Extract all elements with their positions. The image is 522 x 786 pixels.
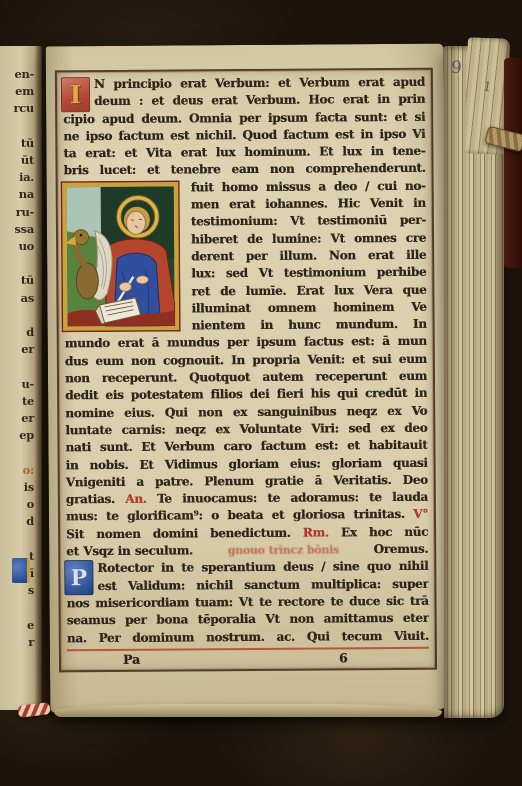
rubric: Rm. [303, 525, 329, 539]
facing-page-text-fragment [0, 358, 34, 375]
text-segment: fuit homo missus a deo / cui no- [191, 179, 426, 195]
facing-page-text-fragment [0, 255, 34, 272]
text-line: men erat iohannes. Hic Venit in [191, 195, 426, 214]
text-segment: mus: te glorificam⁹: o beata et gloriosa… [66, 507, 413, 523]
offset-rubric-ghost: gnouo trīncz bōnis [228, 541, 339, 559]
facing-page-text-fragment: tū [0, 135, 34, 152]
text-line: illuminat omnem hominem Ve [191, 299, 426, 318]
text-line: mundo erat ā mundus per ipsum factus est… [65, 333, 427, 353]
text-segment: luntate carnis: neqz ex Voluntate Viri: … [65, 421, 427, 438]
text-segment: nientem in hunc mundum. In [192, 317, 427, 333]
facing-page-text-fragment: ūt [0, 152, 34, 169]
facing-page-text-fragment: uo [0, 238, 34, 255]
text-line: nati sunt. Et Verbum caro factum est: et… [65, 437, 427, 457]
text-line: hiberet de lumine: Vt omnes cre [191, 229, 426, 248]
text-segment: Rotector in te sperantium deus / sine qu… [97, 559, 428, 575]
writing-hand [119, 282, 131, 291]
facing-page-text-fragment [0, 307, 34, 324]
text-line: mus: te glorificam⁹: o beata et gloriosa… [66, 506, 428, 526]
text-line: lux: sed Vt testimonium perhibe [191, 264, 426, 283]
text-segment: bris lucet: et tenebre eam non comprehen… [63, 161, 425, 178]
text-lines: I P [63, 74, 429, 648]
text-segment: mundo erat ā mundus per ipsum factus est… [65, 334, 427, 351]
text-line: nientem in hunc mundum. In [192, 316, 427, 335]
manuscript-photo: en-emrcu tūūtia.naru-ssauo tūas der u-te… [0, 0, 522, 786]
text-segment: gratias. [66, 492, 125, 506]
text-segment: Oremus. [373, 541, 428, 559]
text-segment: na. Per dominum nostrum. ac. Qui tecum V… [67, 628, 429, 645]
cover-edge [504, 58, 522, 268]
facing-page-text-fragment [0, 118, 34, 135]
facing-page-text-fragment: tū [0, 272, 34, 289]
text-line: est Validum: nichil sanctum multiplica: … [97, 575, 428, 595]
facing-page-text-fragment: is [0, 479, 34, 496]
text-line: ret de lumīe. Erat lux Vera que [191, 281, 426, 300]
facing-page-text-fragment: ru- [0, 204, 34, 221]
text-line: deum : et deus erat Verbum. Hoc erat in … [94, 91, 425, 111]
facing-page-text-fragment: er [0, 341, 34, 358]
facing-page-text-fragment: er [0, 410, 34, 427]
text-segment: nos misericordiam tuam: Vt te rectore te… [67, 594, 429, 611]
text-segment: lux: sed Vt testimonium perhibe [191, 265, 426, 281]
text-segment: dedit eis potestatem filios dei fieri hi… [65, 386, 427, 403]
text-segment: non receperunt. Quotquot autem receperun… [65, 369, 427, 386]
text-segment: est Validum: nichil sanctum multiplica: … [97, 576, 428, 592]
text-segment: ne ipso factum est nichil. Quod factum e… [63, 127, 425, 144]
footer-leaf-number: 6 [339, 650, 348, 665]
facing-page-text-fragment: rcu [0, 100, 34, 117]
text-line: dedit eis potestatem filios dei fieri hi… [65, 385, 427, 405]
pointing-hand [136, 275, 148, 283]
drop-cap-blue: P [64, 560, 93, 595]
footer-row: Pa 6 [67, 647, 429, 669]
rubric: An. [125, 492, 146, 506]
text-segment: Sit nomen domini benedictum. [66, 525, 303, 541]
facing-page-text-fragment [0, 599, 34, 616]
text-segment: deum : et deus erat Verbum. Hoc erat in … [94, 92, 425, 108]
text-segment: cipio apud deum. Omnia per ipsum facta s… [63, 109, 425, 126]
text-segment: Te inuocamus: te adoramus: te lauda [147, 490, 428, 506]
text-line: bris lucet: et tenebre eam non comprehen… [63, 160, 425, 180]
facing-page-text-fragment: d [0, 324, 34, 341]
text-segment: illuminat omnem hominem Ve [191, 300, 426, 316]
text-segment: Ex hoc nūc [329, 524, 428, 539]
facing-page-text-fragment: o: [0, 462, 34, 479]
footer-signature: Pa [123, 652, 140, 667]
text-segment: ta erat: et Vita erat lux hominum. Et lu… [63, 144, 425, 161]
facing-page-blue-initial [12, 558, 30, 583]
facing-page-text-fragment [0, 530, 34, 547]
text-line: na. Per dominum nostrum. ac. Qui tecum V… [67, 627, 429, 647]
facing-page-text-fragment [0, 444, 34, 461]
text-frame: I P [55, 68, 437, 673]
page-bottom-edge [54, 704, 442, 717]
text-segment: N principio erat Verbum: et Verbum erat … [94, 75, 425, 91]
facing-page-text-fragment: as [0, 290, 34, 307]
text-segment: ret de lumīe. Erat lux Vera que [191, 282, 426, 298]
text-line: testimonium: Vt testimoniū per- [191, 212, 426, 231]
face [126, 211, 145, 234]
text-segment: et Vsqz in seculum. [66, 542, 193, 560]
facing-page-text-fragment: o [0, 496, 34, 513]
facing-page-text-fragment: na [0, 186, 34, 203]
facing-page-text-fragment: en- [0, 66, 34, 83]
text-line: derent per illum. Non erat ille [191, 247, 426, 266]
drop-cap-blue-letter: P [71, 565, 88, 591]
facing-page-text-fragment: em [0, 83, 34, 100]
facing-page-text-fragment: te [0, 393, 34, 410]
text-line: seamus per bona tēporalia Vt non amittam… [67, 610, 429, 630]
eagle-body [76, 263, 98, 299]
text-segment: Vnigeniti a patre. Plenum gratie ā Verit… [66, 473, 428, 490]
text-line: fuit homo missus a deo / cui no- [191, 178, 426, 197]
facing-page-text-fragment: ia. [0, 169, 34, 186]
text-segment: seamus per bona tēporalia Vt non amittam… [67, 611, 429, 628]
facing-page-text-fragment: e [0, 617, 34, 634]
evangelist-miniature [61, 180, 181, 332]
facing-page-text-fragment: s [0, 582, 34, 599]
drop-cap-red-letter: I [70, 80, 82, 109]
facing-page-text-fragment: d [0, 513, 34, 530]
drop-cap-red: I [61, 77, 90, 112]
recto-page: I P [46, 44, 449, 713]
folio-number: 9 [450, 58, 462, 79]
facing-page-text-fragment: ep [0, 427, 34, 444]
text-segment: nomine eius. Qui non ex sanguinibus neqz… [65, 403, 427, 420]
text-segment: in nobis. Et Vidimus gloriam eius: glori… [66, 455, 428, 472]
text-segment: testimonium: Vt testimoniū per- [191, 213, 426, 229]
facing-page-text-fragment: u- [0, 376, 34, 393]
facing-page-text-fragment: ssa [0, 221, 34, 238]
rubric: V° [413, 507, 428, 521]
text-segment: nati sunt. Et Verbum caro factum est: et… [65, 438, 427, 455]
text-segment: hiberet de lumine: Vt omnes cre [191, 230, 426, 246]
text-segment: men erat iohannes. Hic Venit in [191, 196, 426, 212]
text-segment: derent per illum. Non erat ille [191, 248, 426, 264]
text-segment: dus eum non cognouit. In propria Venit: … [65, 351, 427, 368]
facing-page-text-fragment: r [0, 634, 34, 651]
eagle-eye [80, 234, 83, 237]
text-line: Rotector in te sperantium deus / sine qu… [97, 558, 428, 578]
